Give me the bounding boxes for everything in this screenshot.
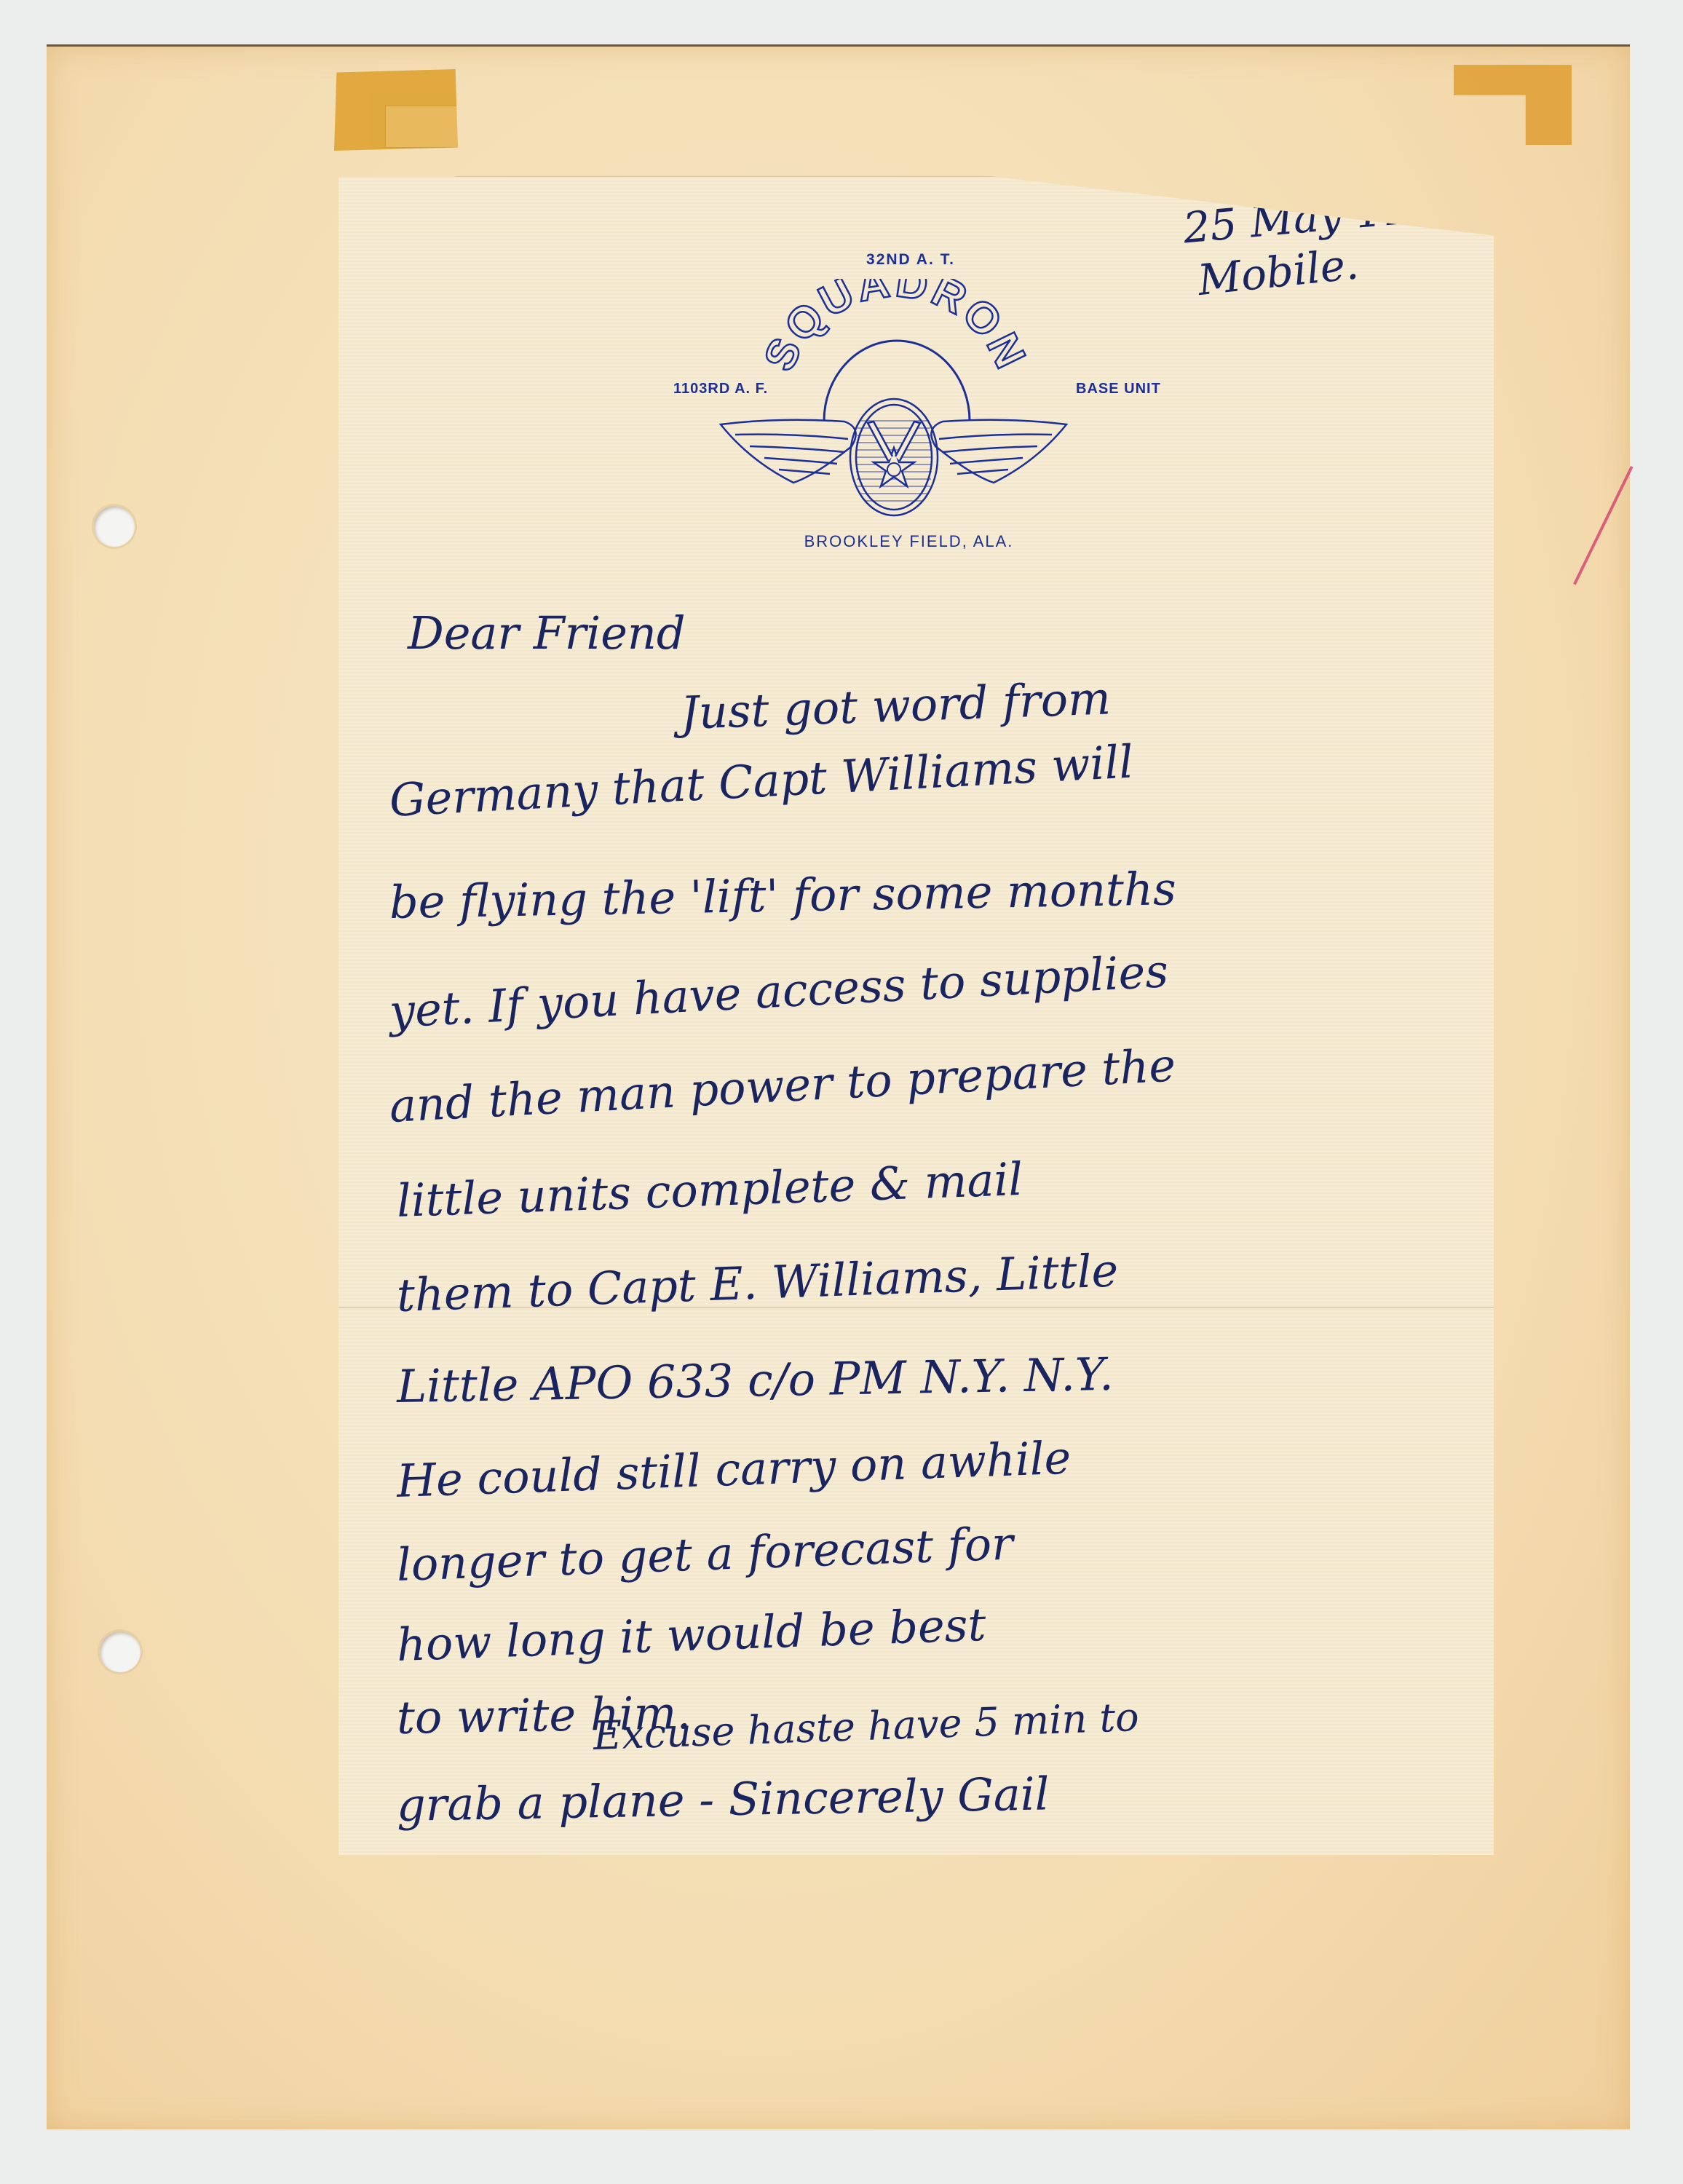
body-line-14-signoff: grab a plane - Sincerely Gail <box>396 1767 1050 1832</box>
binder-hole-top <box>94 506 135 547</box>
salutation: Dear Friend <box>408 606 686 660</box>
body-line-3: be flying the 'lift' for some months <box>389 862 1176 929</box>
body-line-7: them to Capt E. Williams, Little <box>396 1243 1120 1322</box>
binder-hole-bottom <box>100 1631 140 1672</box>
body-line-6: little units complete & mail <box>396 1152 1024 1227</box>
body-line-5: and the man power to prepare the <box>388 1038 1177 1132</box>
letter-sheet: 32ND A. T. 1103RD A. F. BASE UNIT SQUADR… <box>338 177 1494 1855</box>
handwritten-content: 25 May 11 Mobile. Dear Friend Just got w… <box>338 177 1494 1855</box>
body-line-9: He could still carry on awhile <box>396 1431 1072 1508</box>
body-line-1: Just got word from <box>680 671 1112 740</box>
body-line-11: how long it would be best <box>396 1598 987 1671</box>
body-line-10: longer to get a forecast for <box>396 1516 1014 1591</box>
body-line-2: Germany that Capt Williams will <box>388 735 1135 826</box>
body-line-8: Little APO 633 c/o PM N.Y. N.Y. <box>396 1348 1114 1413</box>
body-line-4: yet. If you have access to supplies <box>388 944 1170 1038</box>
adhesive-tape-left <box>334 69 458 151</box>
